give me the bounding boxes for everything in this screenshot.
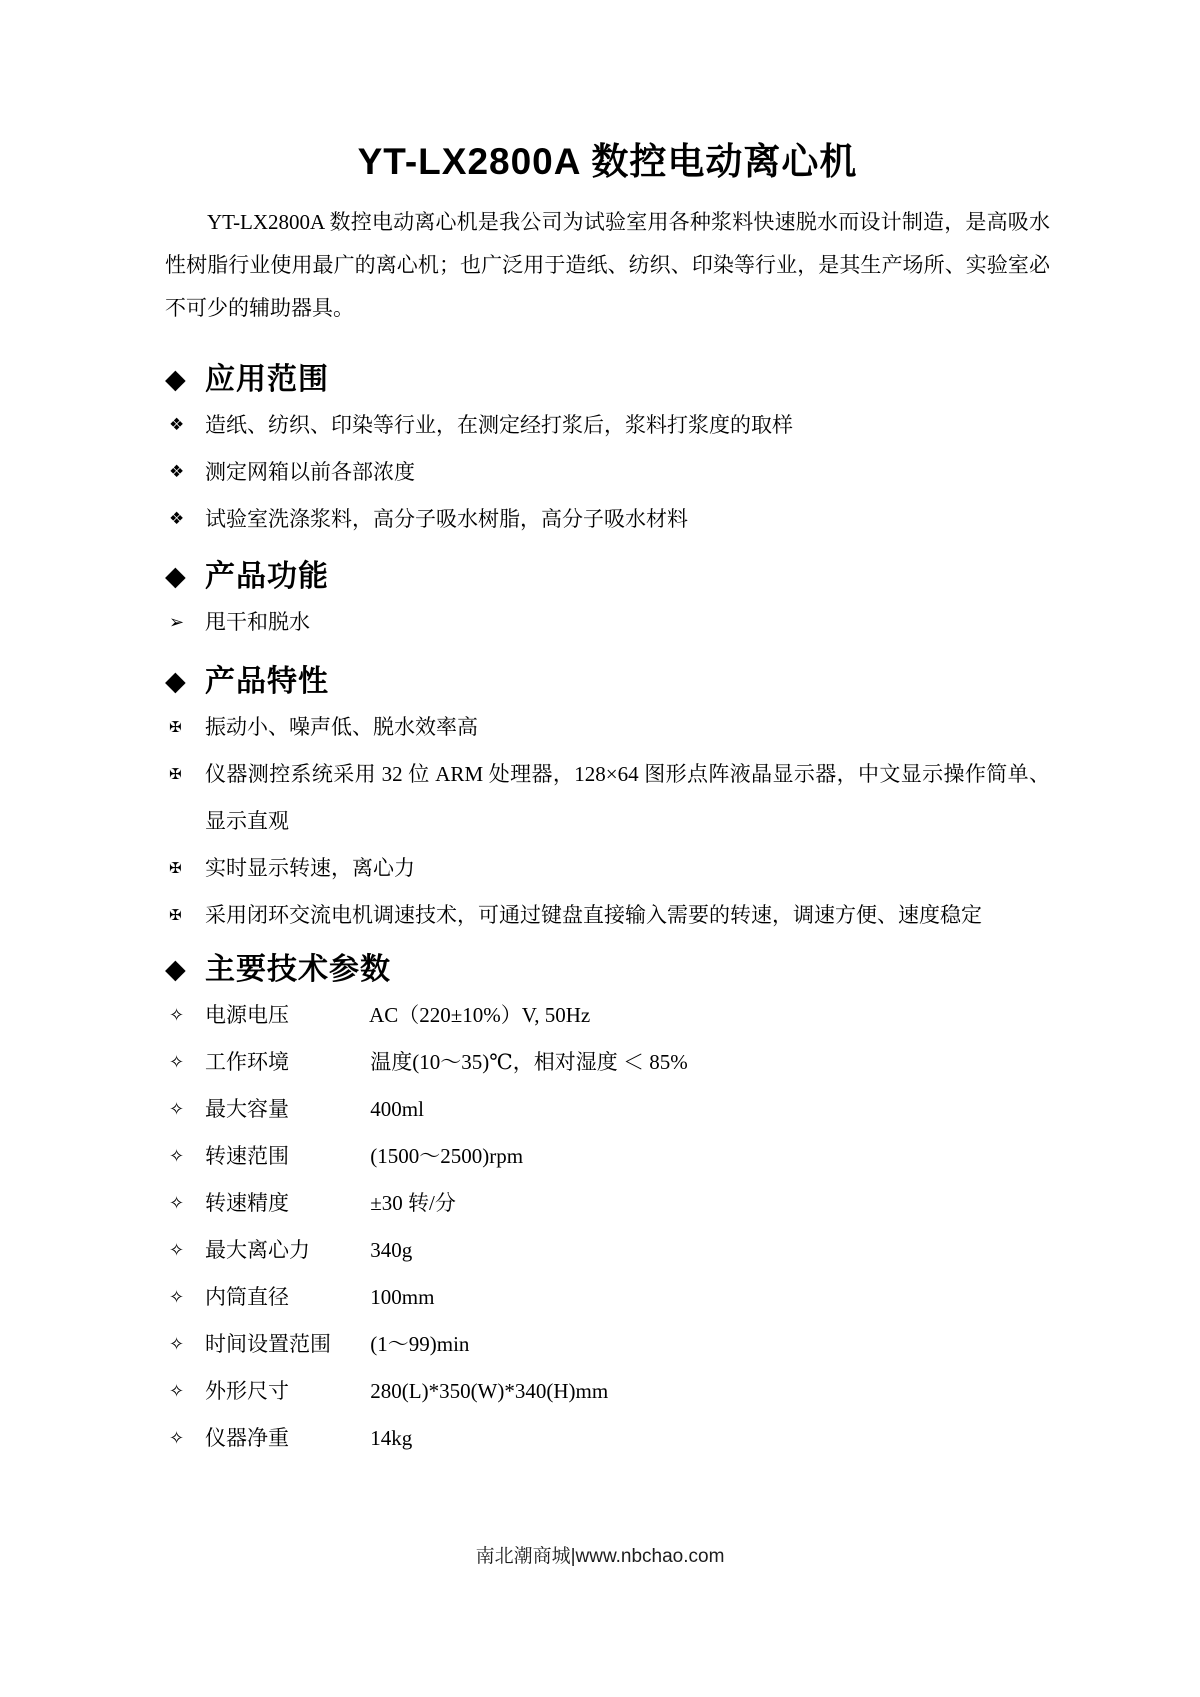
spec-row: ✧ 最大离心力 340g: [165, 1227, 1050, 1274]
footer-text: 南北潮商城|www.nbchao.com: [0, 1541, 1200, 1568]
list-item: ✠ 采用闭环交流电机调速技术，可通过键盘直接输入需要的转速，调速方便、速度稳定: [165, 892, 1050, 939]
section-heading-text: 产品功能: [205, 555, 329, 599]
section-heading-text: 产品特性: [205, 660, 329, 704]
page-title: YT-LX2800A 数控电动离心机: [165, 137, 1050, 187]
spec-label: 转速精度: [205, 1180, 365, 1227]
spec-label: 最大容量: [205, 1086, 365, 1133]
sparkle-bullet-icon: ✧: [169, 1274, 184, 1321]
section-heading-specs: ◆ 主要技术参数: [165, 948, 1050, 992]
list-item: ❖ 试验室洗涤浆料，高分子吸水树脂，高分子吸水材料: [165, 496, 1050, 543]
list-item-text: 甩干和脱水: [205, 610, 310, 634]
list-item: ✠ 仪器测控系统采用 32 位 ARM 处理器，128×64 图形点阵液晶显示器…: [165, 751, 1050, 845]
section-heading-features: ◆ 产品特性: [165, 660, 1050, 704]
section-heading-application: ◆ 应用范围: [165, 358, 1050, 402]
document-page: YT-LX2800A 数控电动离心机 YT-LX2800A 数控电动离心机是我公…: [0, 0, 1200, 1697]
list-item: ✠ 实时显示转速，离心力: [165, 845, 1050, 892]
spec-row: ✧ 电源电压 AC（220±10%）V, 50Hz: [165, 992, 1050, 1039]
section-heading-functions: ◆ 产品功能: [165, 555, 1050, 599]
maltese-cross-bullet-icon: ✠: [169, 704, 182, 751]
spec-row: ✧ 最大容量 400ml: [165, 1086, 1050, 1133]
spec-label: 时间设置范围: [205, 1321, 365, 1368]
features-list: ✠ 振动小、噪声低、脱水效率高 ✠ 仪器测控系统采用 32 位 ARM 处理器，…: [165, 704, 1050, 939]
sparkle-bullet-icon: ✧: [169, 1368, 184, 1415]
list-item: ➢ 甩干和脱水: [165, 599, 1050, 646]
diamond-icon: ◆: [165, 948, 205, 992]
list-item-text: 振动小、噪声低、脱水效率高: [205, 715, 478, 739]
list-item-text: 造纸、纺织、印染等行业，在测定经打浆后，浆料打浆度的取样: [205, 413, 793, 437]
list-item-text: 测定网箱以前各部浓度: [205, 460, 415, 484]
spec-label: 内筒直径: [205, 1274, 365, 1321]
four-diamond-bullet-icon: ❖: [169, 449, 184, 496]
diamond-icon: ◆: [165, 555, 205, 599]
list-item: ❖ 造纸、纺织、印染等行业，在测定经打浆后，浆料打浆度的取样: [165, 402, 1050, 449]
sparkle-bullet-icon: ✧: [169, 1321, 184, 1368]
sparkle-bullet-icon: ✧: [169, 1133, 184, 1180]
spec-label: 转速范围: [205, 1133, 365, 1180]
specs-list: ✧ 电源电压 AC（220±10%）V, 50Hz ✧ 工作环境 温度(10～3…: [165, 992, 1050, 1462]
spec-value: AC（220±10%）V, 50Hz: [369, 1003, 590, 1027]
four-diamond-bullet-icon: ❖: [169, 496, 184, 543]
spec-label: 电源电压: [205, 992, 365, 1039]
sparkle-bullet-icon: ✧: [169, 992, 184, 1039]
list-item-text: 实时显示转速，离心力: [205, 856, 415, 880]
spec-label: 仪器净重: [205, 1415, 365, 1462]
document-content: YT-LX2800A 数控电动离心机 YT-LX2800A 数控电动离心机是我公…: [165, 0, 1050, 1462]
maltese-cross-bullet-icon: ✠: [169, 751, 182, 798]
spec-value: 400ml: [370, 1097, 424, 1121]
section-heading-text: 应用范围: [205, 358, 329, 402]
spec-value: 100mm: [370, 1285, 434, 1309]
spec-value: (1500～2500)rpm: [370, 1144, 523, 1168]
spec-row: ✧ 时间设置范围 (1～99)min: [165, 1321, 1050, 1368]
spec-row: ✧ 外形尺寸 280(L)*350(W)*340(H)mm: [165, 1368, 1050, 1415]
spec-row: ✧ 仪器净重 14kg: [165, 1415, 1050, 1462]
sparkle-bullet-icon: ✧: [169, 1227, 184, 1274]
list-item: ❖ 测定网箱以前各部浓度: [165, 449, 1050, 496]
sparkle-bullet-icon: ✧: [169, 1415, 184, 1462]
spec-row: ✧ 转速精度 ±30 转/分: [165, 1180, 1050, 1227]
spec-value: 280(L)*350(W)*340(H)mm: [370, 1379, 608, 1403]
spec-label: 最大离心力: [205, 1227, 365, 1274]
spec-value: 温度(10～35)℃，相对湿度 ＜ 85%: [370, 1050, 687, 1074]
maltese-cross-bullet-icon: ✠: [169, 845, 182, 892]
spec-value: ±30 转/分: [370, 1191, 456, 1215]
list-item: ✠ 振动小、噪声低、脱水效率高: [165, 704, 1050, 751]
arrow-bullet-icon: ➢: [169, 599, 184, 646]
application-list: ❖ 造纸、纺织、印染等行业，在测定经打浆后，浆料打浆度的取样 ❖ 测定网箱以前各…: [165, 402, 1050, 543]
spec-label: 外形尺寸: [205, 1368, 365, 1415]
sparkle-bullet-icon: ✧: [169, 1180, 184, 1227]
diamond-icon: ◆: [165, 660, 205, 704]
list-item-text: 仪器测控系统采用 32 位 ARM 处理器，128×64 图形点阵液晶显示器，中…: [205, 762, 1050, 833]
spec-row: ✧ 内筒直径 100mm: [165, 1274, 1050, 1321]
four-diamond-bullet-icon: ❖: [169, 402, 184, 449]
sparkle-bullet-icon: ✧: [169, 1039, 184, 1086]
spec-value: 340g: [370, 1238, 412, 1262]
maltese-cross-bullet-icon: ✠: [169, 892, 182, 939]
list-item-text: 采用闭环交流电机调速技术，可通过键盘直接输入需要的转速，调速方便、速度稳定: [205, 903, 982, 927]
diamond-icon: ◆: [165, 358, 205, 402]
functions-list: ➢ 甩干和脱水: [165, 599, 1050, 646]
section-heading-text: 主要技术参数: [205, 948, 391, 992]
spec-value: (1～99)min: [370, 1332, 469, 1356]
spec-label: 工作环境: [205, 1039, 365, 1086]
list-item-text: 试验室洗涤浆料，高分子吸水树脂，高分子吸水材料: [205, 507, 688, 531]
sparkle-bullet-icon: ✧: [169, 1086, 184, 1133]
spec-row: ✧ 工作环境 温度(10～35)℃，相对湿度 ＜ 85%: [165, 1039, 1050, 1086]
intro-paragraph: YT-LX2800A 数控电动离心机是我公司为试验室用各种浆料快速脱水而设计制造…: [165, 201, 1050, 330]
spec-row: ✧ 转速范围 (1500～2500)rpm: [165, 1133, 1050, 1180]
spec-value: 14kg: [370, 1426, 412, 1450]
